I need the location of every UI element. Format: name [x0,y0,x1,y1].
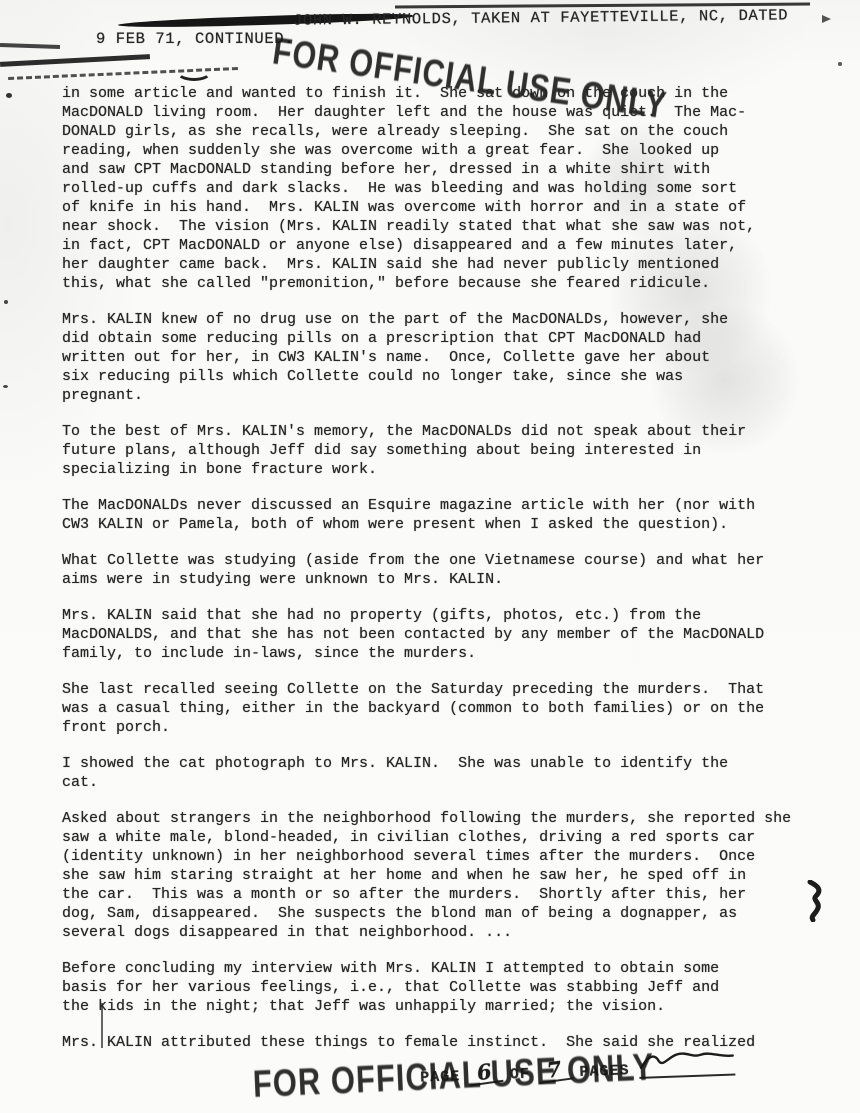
paragraph-3: To the best of Mrs. KALIN's memory, the … [62,422,812,479]
scan-speck [4,300,8,304]
scan-curve-mark [176,62,212,81]
scan-speck [3,385,8,388]
paragraph-1: in some article and wanted to finish it.… [62,84,812,293]
paragraph-6: Mrs. KALIN said that she had no property… [62,606,812,663]
paragraph-7: She last recalled seeing Collette on the… [62,680,812,737]
paragraph-5: What Collette was studying (aside from t… [62,551,812,589]
paragraph-10: Before concluding my interview with Mrs.… [62,959,812,1016]
header-line-1: JOHN W. REYNOLDS, TAKEN AT FAYETTEVILLE,… [293,6,788,30]
scanned-document-page: JOHN W. REYNOLDS, TAKEN AT FAYETTEVILLE,… [0,0,860,1113]
scan-line-artifact [0,43,60,49]
arrow-mark-artifact [822,15,831,23]
scan-line-artifact [0,54,150,67]
scan-speck [6,93,12,98]
paragraph-4: The MacDONALDs never discussed an Esquir… [62,496,812,534]
paragraph-9: Asked about strangers in the neighborhoo… [62,809,812,942]
document-body: in some article and wanted to finish it.… [62,84,812,1069]
paragraph-8: I showed the cat photograph to Mrs. KALI… [62,754,812,792]
header-line-2: 9 FEB 71, CONTINUED. [96,30,294,49]
scan-speck [838,62,842,66]
paragraph-2: Mrs. KALIN knew of no drug use on the pa… [62,310,812,405]
